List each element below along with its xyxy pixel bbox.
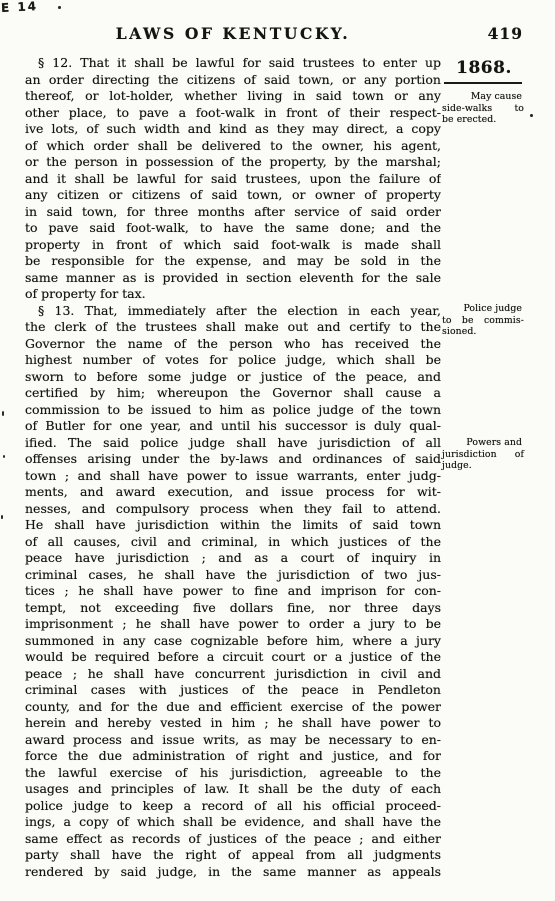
statute-line: ments, and award execution, and issue pr… xyxy=(25,484,441,501)
statute-line: other place, to pave a foot-walk in fron… xyxy=(25,105,441,122)
statute-line: peace have jurisdiction ; and as a court… xyxy=(25,550,441,567)
scan-speck xyxy=(2,411,4,416)
scan-speck xyxy=(1,515,3,519)
statute-line: rendered by said judge, in the same mann… xyxy=(25,864,441,881)
statute-line: town ; and shall have power to issue war… xyxy=(25,468,441,485)
statute-text-column: § 12. That it shall be lawful for said t… xyxy=(25,55,441,880)
statute-line: in said town, for three months after ser… xyxy=(25,204,441,221)
statute-line: to pave said foot-walk, to have the same… xyxy=(25,220,441,237)
statute-line: imprisonment ; he shall have power to or… xyxy=(25,616,441,633)
statute-line: ings, a copy of which shall be evidence,… xyxy=(25,814,441,831)
statute-line: or the person in possession of the prope… xyxy=(25,154,441,171)
margin-note-line: jurisdiction of xyxy=(442,449,524,461)
margin-note-line: be erected. xyxy=(442,114,524,126)
page-number: 419 xyxy=(488,24,523,43)
statute-line: criminal cases, he shall have the jurisd… xyxy=(25,567,441,584)
margin-note-line: Powers and xyxy=(442,437,524,449)
margin-note-police-judge: Police judgeto be commis-sioned. xyxy=(442,303,524,338)
statute-line: county, and for the due and efficient ex… xyxy=(25,699,441,716)
statute-line: would be required before a circuit court… xyxy=(25,649,441,666)
statute-line: criminal cases with justices of the peac… xyxy=(25,682,441,699)
scan-artifact: E 14 xyxy=(1,0,39,15)
scan-speck xyxy=(3,455,5,458)
statute-line: ive lots, of such width and kind as they… xyxy=(25,121,441,138)
statute-line: property in front of which said foot-wal… xyxy=(25,237,441,254)
statute-line: § 12. That it shall be lawful for said t… xyxy=(25,55,441,72)
running-title: LAWS OF KENTUCKY. xyxy=(25,24,441,43)
statute-line: the clerk of the trustees shall make out… xyxy=(25,319,441,336)
statute-line: herein and hereby vested in him ; he sha… xyxy=(25,715,441,732)
margin-column: 1868. May causeside-walks tobe erected. … xyxy=(442,55,526,885)
statute-line: the lawful exercise of his jurisdiction,… xyxy=(25,765,441,782)
statute-line: nesses, and compulsory process when they… xyxy=(25,501,441,518)
margin-note-line: sioned. xyxy=(442,326,524,338)
statute-line: summoned in any case cognizable before h… xyxy=(25,633,441,650)
statute-line: Governor the name of the person who has … xyxy=(25,336,441,353)
statute-line: award process and issue writs, as may be… xyxy=(25,732,441,749)
margin-note-line: side-walks to xyxy=(442,103,524,115)
statute-line: He shall have jurisdiction within the li… xyxy=(25,517,441,534)
statute-line: of property for tax. xyxy=(25,286,441,303)
margin-note-sidewalks: May causeside-walks tobe erected. xyxy=(442,91,524,126)
statute-line: offenses arising under the by-laws and o… xyxy=(25,451,441,468)
year-rule xyxy=(444,82,522,84)
statute-line: of all causes, civil and criminal, in wh… xyxy=(25,534,441,551)
session-year: 1868. xyxy=(442,55,526,78)
statute-line: and it shall be lawful for said trustees… xyxy=(25,171,441,188)
statute-line: force the due administration of right an… xyxy=(25,748,441,765)
margin-note-line: to be commis- xyxy=(442,315,524,327)
statute-line: party shall have the right of appeal fro… xyxy=(25,847,441,864)
statute-line: commission to be issued to him as police… xyxy=(25,402,441,419)
statute-line: an order directing the citizens of said … xyxy=(25,72,441,89)
statute-line: police judge to keep a record of all his… xyxy=(25,798,441,815)
margin-note-line: Police judge xyxy=(442,303,524,315)
statute-line: highest number of votes for police judge… xyxy=(25,352,441,369)
statute-line: same manner as is provided in section el… xyxy=(25,270,441,287)
statute-line: thereof, or lot-holder, whether living i… xyxy=(25,88,441,105)
statute-line: tempt, not exceeding five dollars fine, … xyxy=(25,600,441,617)
scan-speck xyxy=(530,114,533,117)
statute-line: tices ; he shall have power to fine and … xyxy=(25,583,441,600)
margin-note-line: judge. xyxy=(442,460,524,472)
statute-line: same effect as records of justices of th… xyxy=(25,831,441,848)
statute-line: peace ; he shall have concurrent jurisdi… xyxy=(25,666,441,683)
statute-line: of Butler for one year, and until his su… xyxy=(25,418,441,435)
statute-line: any citizen or citizens of said town, or… xyxy=(25,187,441,204)
statute-line: ified. The said police judge shall have … xyxy=(25,435,441,452)
margin-note-powers: Powers andjurisdiction ofjudge. xyxy=(442,437,524,472)
margin-note-line: May cause xyxy=(442,91,524,103)
statute-line: § 13. That, immediately after the electi… xyxy=(25,303,441,320)
statute-line: of which order shall be delivered to the… xyxy=(25,138,441,155)
statute-line: sworn to before some judge or justice of… xyxy=(25,369,441,386)
statute-line: be responsible for the expense, and may … xyxy=(25,253,441,270)
scan-speck xyxy=(58,6,61,9)
statute-line: certified by him; whereupon the Governor… xyxy=(25,385,441,402)
statute-line: usages and principles of law. It shall b… xyxy=(25,781,441,798)
book-page: E 14 LAWS OF KENTUCKY. 419 § 12. That it… xyxy=(0,0,555,901)
